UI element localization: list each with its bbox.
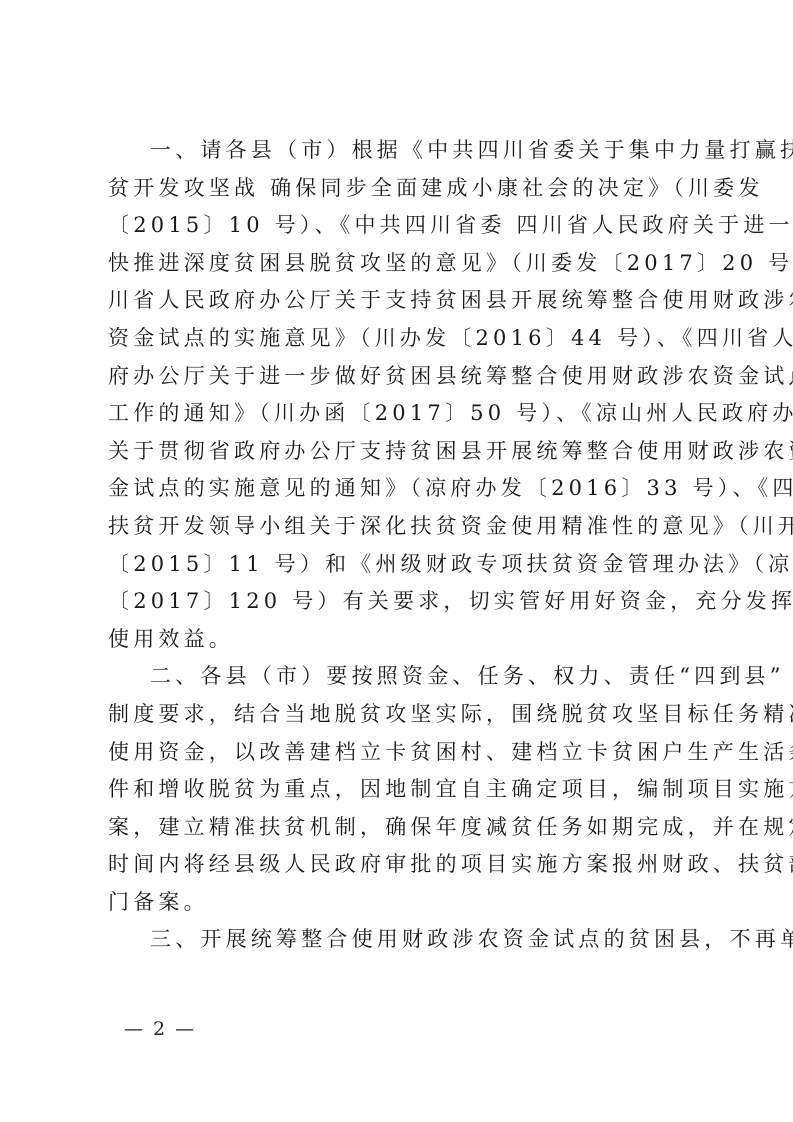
text-line: 府办公厅关于进一步做好贫困县统筹整合使用财政涉农资金试点 — [108, 358, 686, 396]
text-line: 门备案。 — [108, 884, 686, 922]
text-line: 一、请各县（市）根据《中共四川省委关于集中力量打赢扶 — [108, 132, 686, 170]
text-line: 〔2015〕10 号）、《中共四川省委 四川省人民政府关于进一步加 — [108, 207, 686, 245]
text-line: 关于贯彻省政府办公厅支持贫困县开展统筹整合使用财政涉农资 — [108, 433, 686, 471]
page-number: — 2 — — [124, 1018, 196, 1040]
text-line: 使用效益。 — [108, 621, 686, 659]
text-line: 川省人民政府办公厅关于支持贫困县开展统筹整合使用财政涉农 — [108, 282, 686, 320]
document-body: 一、请各县（市）根据《中共四川省委关于集中力量打赢扶 贫开发攻坚战 确保同步全面… — [108, 132, 686, 959]
text-line: 件和增收脱贫为重点，因地制宜自主确定项目，编制项目实施方 — [108, 771, 686, 809]
text-line: 贫开发攻坚战 确保同步全面建成小康社会的决定》（川委发 — [108, 170, 686, 208]
text-line: 〔2015〕11 号）和《州级财政专项扶贫资金管理办法》（凉财农 — [108, 546, 686, 584]
text-line: 〔2017〕120 号）有关要求，切实管好用好资金，充分发挥资金 — [108, 583, 686, 621]
text-line: 使用资金，以改善建档立卡贫困村、建档立卡贫困户生产生活条 — [108, 734, 686, 772]
text-line: 工作的通知》（川办函〔2017〕50 号）、《凉山州人民政府办公室 — [108, 395, 686, 433]
text-line: 案，建立精准扶贫机制，确保年度减贫任务如期完成，并在规定 — [108, 809, 686, 847]
paragraph-3: 三、开展统筹整合使用财政涉农资金试点的贫困县，不再单 — [108, 921, 686, 959]
text-line: 资金试点的实施意见》（川办发〔2016〕44 号）、《四川省人民政 — [108, 320, 686, 358]
text-line: 时间内将经县级人民政府审批的项目实施方案报州财政、扶贫部 — [108, 846, 686, 884]
text-line: 金试点的实施意见的通知》（凉府办发〔2016〕33 号）、《四川省 — [108, 470, 686, 508]
text-line: 扶贫开发领导小组关于深化扶贫资金使用精准性的意见》（川开发 — [108, 508, 686, 546]
text-line: 二、各县（市）要按照资金、任务、权力、责任“四到县” — [108, 658, 686, 696]
paragraph-2: 二、各县（市）要按照资金、任务、权力、责任“四到县” 制度要求，结合当地脱贫攻坚… — [108, 658, 686, 921]
text-line: 制度要求，结合当地脱贫攻坚实际，围绕脱贫攻坚目标任务精准 — [108, 696, 686, 734]
text-line: 三、开展统筹整合使用财政涉农资金试点的贫困县，不再单 — [108, 921, 686, 959]
paragraph-1: 一、请各县（市）根据《中共四川省委关于集中力量打赢扶 贫开发攻坚战 确保同步全面… — [108, 132, 686, 658]
text-line: 快推进深度贫困县脱贫攻坚的意见》（川委发〔2017〕20 号）、《四 — [108, 245, 686, 283]
